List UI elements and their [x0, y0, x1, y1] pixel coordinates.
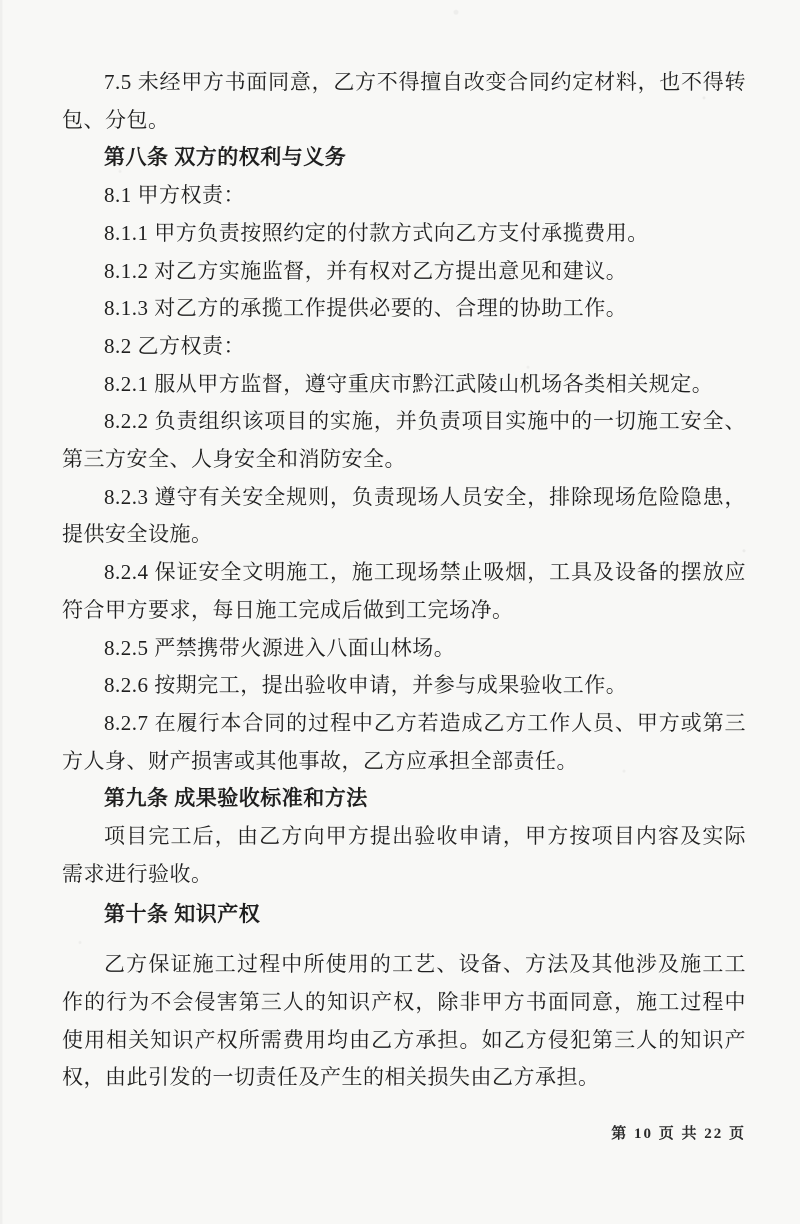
document-body: 7.5 未经甲方书面同意，乙方不得擅自改变合同约定材料，也不得转包、分包。第八条… [62, 64, 746, 1097]
paragraph: 8.1.3 对乙方的承揽工作提供必要的、合理的协助工作。 [62, 290, 746, 328]
paragraph: 8.2.2 负责组织该项目的实施，并负责项目实施中的一切施工安全、第三方安全、人… [62, 403, 746, 478]
paragraph: 8.2.5 严禁携带火源进入八面山林场。 [62, 630, 746, 668]
paragraph: 8.1 甲方权责： [62, 177, 746, 215]
section-heading: 第九条 成果验收标准和方法 [62, 780, 746, 818]
section-heading: 第十条 知识产权 [62, 896, 746, 934]
paragraph: 8.1.2 对乙方实施监督，并有权对乙方提出意见和建议。 [62, 253, 746, 291]
paragraph: 乙方保证施工过程中所使用的工艺、设备、方法及其他涉及施工工作的行为不会侵害第三人… [62, 946, 746, 1097]
paragraph: 8.2.1 服从甲方监督，遵守重庆市黔江武陵山机场各类相关规定。 [62, 366, 746, 404]
paragraph: 8.2.4 保证安全文明施工，施工现场禁止吸烟，工具及设备的摆放应符合甲方要求，… [62, 554, 746, 629]
paragraph: 8.2.6 按期完工，提出验收申请，并参与成果验收工作。 [62, 667, 746, 705]
paragraph: 7.5 未经甲方书面同意，乙方不得擅自改变合同约定材料，也不得转包、分包。 [62, 64, 746, 139]
paragraph: 8.2 乙方权责： [62, 328, 746, 366]
paragraph: 8.1.1 甲方负责按照约定的付款方式向乙方支付承揽费用。 [62, 215, 746, 253]
page-number-footer: 第 10 页 共 22 页 [611, 1122, 746, 1143]
section-heading: 第八条 双方的权利与义务 [62, 139, 746, 177]
paragraph: 8.2.3 遵守有关安全规则，负责现场人员安全，排除现场危险隐患，提供安全设施。 [62, 479, 746, 554]
paragraph: 项目完工后，由乙方向甲方提出验收申请，甲方按项目内容及实际需求进行验收。 [62, 818, 746, 893]
paragraph: 8.2.7 在履行本合同的过程中乙方若造成乙方工作人员、甲方或第三方人身、财产损… [62, 705, 746, 780]
